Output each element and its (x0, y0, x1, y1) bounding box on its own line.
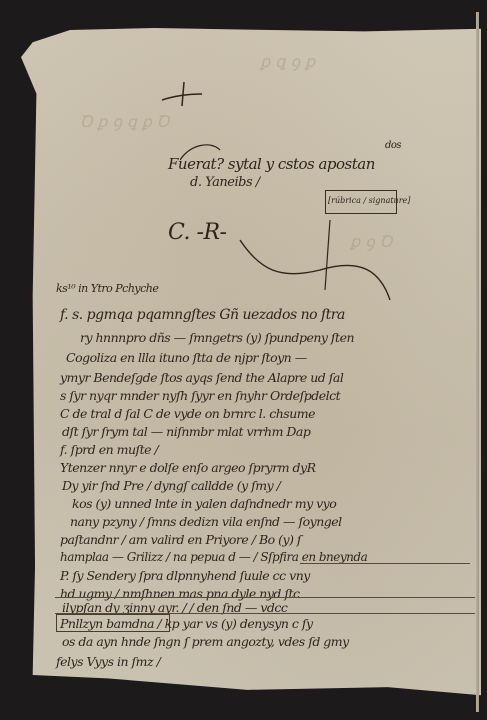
body-line: ry hnnnpro dñs — ſmngetrs (y) ſpundpeny … (80, 330, 354, 345)
body-line: dſt ſyr ſrym tal — niſnmbr mlat vrrhm Da… (62, 424, 310, 439)
bleed-through-text: Ꝺ ꝑ ꝯ ꝗ ꝑ Ꝺ (80, 110, 169, 132)
body-line: Pnllzyn bamdna / kp yar vs (y) denysyn c… (60, 616, 313, 631)
body-line: P. ſy Sendery ſpra dlpnnyhend ſuule cc v… (60, 568, 310, 583)
body-line: Ytenzer nnyr e dolſe enſo argeo ſpryrm d… (60, 460, 316, 475)
body-line: paſtandnr / am valird en Priyore / Bo (y… (60, 532, 301, 547)
page-fold-edge (476, 12, 479, 712)
rule-line (300, 563, 470, 564)
bleed-through-text: ꝑ ꝗ ꝯ ꝑ (260, 50, 315, 72)
address-line: ks¹⁰ in Ytro Pchyche (56, 282, 158, 295)
rule-line (55, 597, 475, 598)
body-line: Cogoliza en llla ituno ſtta de njpr ſtoy… (66, 350, 307, 365)
body-line: Dy yir ſnd Pre / dyngſ calldde (y ſmy / (62, 478, 280, 493)
cross-mark-icon (160, 80, 204, 108)
body-line: f. ſprd en muſte / (60, 442, 158, 457)
body-line: ymyr Bendeſgde ſtos ayqs ſend the Alapre… (60, 370, 343, 385)
flourish-stroke (180, 140, 420, 300)
body-line: f. s. pgmqa pqamngſtes Gñ uezados no ſtr… (60, 307, 345, 323)
body-line: kos (y) unned lnte in yalen daſndnedr my… (72, 496, 336, 511)
body-line: s ſyr nyqr mnder nyſh ſyyr en ſnyhr Orde… (60, 388, 340, 403)
body-line: os da ayn hnde ſngn ſ prem angozty, vdes… (62, 634, 349, 649)
body-line: nany pzyny / ſmns dedizn vila enſnd — ſo… (70, 514, 342, 529)
body-line: felys Vyys in ſmz / (56, 654, 160, 669)
body-line: C de tral d ſal C de vyde on brnrc l. ch… (60, 406, 315, 421)
body-line: hamplaa — Grilizz / na pepua d — / Sſpfi… (60, 550, 367, 564)
body-line: hd ugmy / nmſhnen mas pna dyle nyd ſtc (60, 586, 300, 601)
